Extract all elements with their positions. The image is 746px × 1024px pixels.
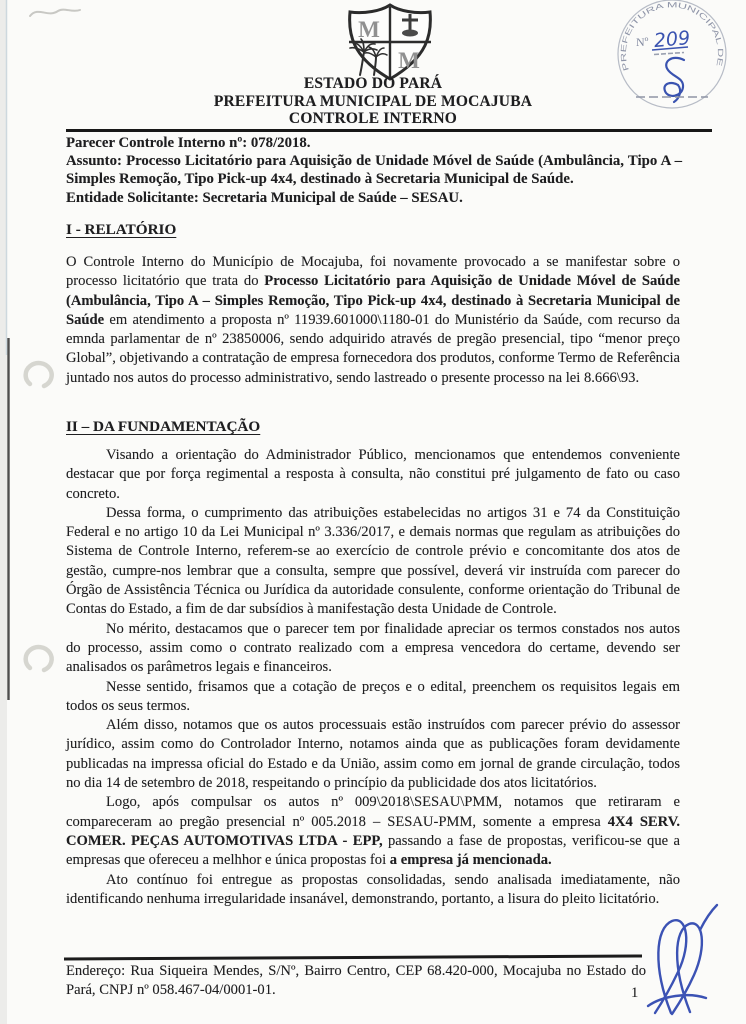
logo-letter-m-top: M: [358, 17, 380, 42]
document-meta: Parecer Controle Interno nº: 078/2018. A…: [66, 134, 682, 207]
footer-rule: [64, 954, 642, 960]
binder-hole-mark: [26, 363, 52, 386]
pencil-mark: [30, 10, 80, 16]
org-department-line: CONTROLE INTERNO: [66, 110, 680, 128]
section-2-body: Visando a orientação do Administrador Pú…: [66, 446, 680, 909]
page-number: 1: [631, 985, 638, 1002]
binder-hole-mark: [26, 647, 52, 670]
entidade-line: Entidade Solicitante: Secretaria Municip…: [66, 189, 682, 207]
municipal-shield-logo: M M: [336, 2, 444, 82]
section-2-paragraph: Visando a orientação do Administrador Pú…: [66, 446, 680, 504]
logo-letter-m-bottom: M: [398, 48, 420, 73]
section-1-paragraph: O Controle Interno do Município de Mocaj…: [66, 253, 680, 388]
org-header: ESTADO DO PARÁ PREFEITURA MUNICIPAL DE M…: [66, 75, 680, 128]
org-prefecture-line: PREFEITURA MUNICIPAL DE MOCAJUBA: [66, 93, 680, 111]
stamp-number-label: Nº: [636, 35, 649, 49]
stamp-ring-text: PREFEITURA MUNICIPAL DE MOCAJUBA: [612, 0, 725, 72]
org-state-line: ESTADO DO PARÁ: [66, 75, 680, 93]
logo-palm-trees-icon: [350, 39, 387, 75]
assunto-line: Assunto: Processo Licitatório para Aquis…: [66, 152, 682, 188]
section-2-paragraph: No mérito, destacamos que o parecer tem …: [66, 620, 680, 678]
shield-outline: [350, 5, 431, 79]
scan-edge-artifact: [0, 0, 7, 1024]
section-1-title: I - RELATÓRIO: [66, 221, 176, 239]
paragraph-run: Logo, após compulsar os autos nº 009\201…: [66, 794, 680, 829]
parecer-number-line: Parecer Controle Interno nº: 078/2018.: [66, 134, 682, 152]
section-2-title: II – DA FUNDAMENTAÇÃO: [66, 418, 260, 436]
paragraph-run: em atendimento a proposta nº 11939.60100…: [66, 312, 680, 386]
section-2-paragraph: Nesse sentido, frisamos que a cotação de…: [66, 678, 680, 717]
stamp-number-value: 209: [653, 27, 691, 52]
stamp-dashed-line: [654, 53, 684, 55]
section-2-paragraph: Ato contínuo foi entregue as propostas c…: [66, 871, 680, 910]
footer-address: Endereço: Rua Siqueira Mendes, S/Nº, Bai…: [66, 962, 646, 1000]
paragraph-run-bold: a empresa já mencionada.: [390, 852, 552, 868]
logo-cross-mound: [402, 30, 418, 37]
scanned-document-page: M M PREFEITURA MUNICIPAL DE MOCAJUBA: [0, 0, 746, 1024]
header-rule: [66, 129, 712, 132]
section-2-paragraph: Dessa forma, o cumprimento das atribuiçõ…: [66, 504, 680, 620]
section-2-paragraph: Logo, após compulsar os autos nº 009\201…: [66, 793, 680, 870]
logo-cross-icon: [402, 14, 418, 32]
section-2-paragraph: Além disso, notamos que os autos process…: [66, 716, 680, 793]
stamp-number-underline: [652, 47, 688, 50]
